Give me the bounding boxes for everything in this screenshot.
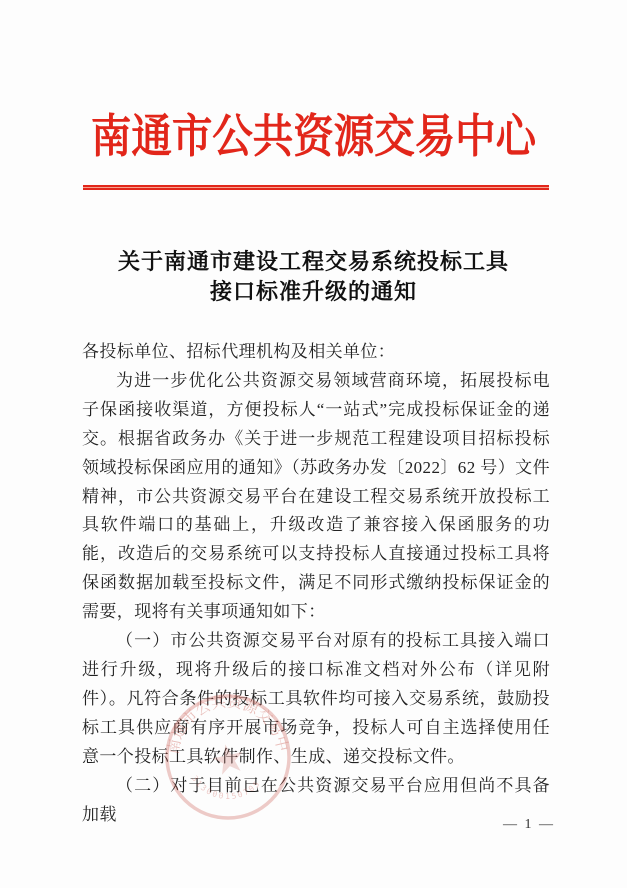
org-name-header: 南通市公共资源交易中心 [38, 112, 590, 163]
body-paragraph-2: （一）市公共资源交易平台对原有的投标工具接入端口进行升级，现将升级后的接口标准文… [82, 627, 550, 772]
body-paragraph-3: （二）对于目前已在公共资源交易平台应用但尚不具备加载 [82, 772, 550, 830]
document-page: 南通市公共资源交易中心 关于南通市建设工程交易系统投标工具 接口标准升级的通知 … [0, 0, 627, 888]
salutation: 各投标单位、招标代理机构及相关单位： [82, 338, 550, 367]
document-title-line1: 关于南通市建设工程交易系统投标工具 [0, 247, 627, 277]
document-body: 各投标单位、招标代理机构及相关单位： 为进一步优化公共资源交易领域营商环境，拓展… [82, 338, 550, 829]
page-number: — 1 — [503, 817, 555, 833]
document-title: 关于南通市建设工程交易系统投标工具 接口标准升级的通知 [0, 247, 627, 307]
body-paragraph-1: 为进一步优化公共资源交易领域营商环境，拓展投标电子保函接收渠道，方便投标人“一站… [82, 367, 550, 627]
document-title-line2: 接口标准升级的通知 [0, 277, 627, 307]
red-divider [83, 185, 549, 190]
